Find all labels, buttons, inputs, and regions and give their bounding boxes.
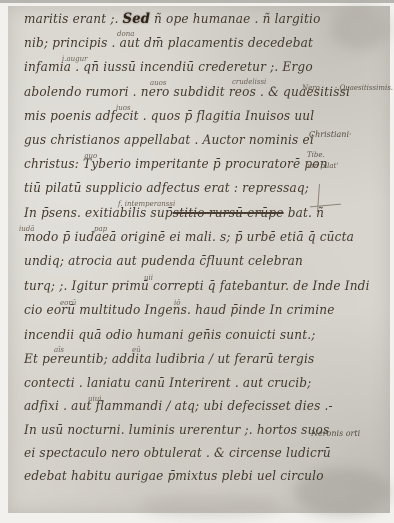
interlinear-gloss: f. intemperanssi	[118, 200, 175, 208]
text-line: gus christianos appellabat . Auctor nomi…	[24, 133, 314, 148]
margin-note-tiberius: Tibe.	[307, 151, 325, 159]
interlinear-gloss: eorū	[60, 299, 76, 307]
text-line: ei spectaculo nero obtulerat . & circens…	[24, 446, 331, 461]
interlinear-gloss: uii	[144, 274, 153, 282]
interlinear-gloss: quo	[84, 152, 97, 160]
text-line: In p̄sens. exitiabilis sup̄stitio rursū …	[24, 206, 324, 221]
interlinear-gloss: iudā	[19, 225, 34, 233]
text-segment: ñ ope humanae . ñ largitio	[150, 12, 321, 27]
manuscript-photo: maritis erant ;. Sed ñ ope humanae . ñ l…	[0, 0, 394, 523]
interlinear-gloss: dona	[117, 30, 134, 38]
paper-stain	[140, 494, 280, 518]
interlinear-gloss: uiui	[88, 395, 102, 403]
interlinear-gloss: iō	[174, 299, 180, 307]
interlinear-gloss: auos	[150, 79, 167, 87]
text-line: christus: Tyberio imperitante p̄ procura…	[24, 157, 328, 172]
margin-note-neronis-horti: Neronis orti	[311, 429, 360, 438]
text-line: undiq; atrocia aut pudenda c̄fluunt cele…	[24, 254, 303, 269]
interlinear-gloss: crudelissi	[232, 78, 266, 86]
margin-note-nero: Nero	[302, 84, 320, 92]
scan-edge	[0, 0, 394, 3]
text-line: edebat habitu aurigae p̄mixtus plebi uel…	[24, 469, 324, 484]
text-line: tiū pilatū supplicio adfectus erat : rep…	[24, 181, 309, 196]
margin-note-christiani: Christiani·	[309, 130, 352, 139]
text-line: nib; principis . aut dm̄ placamentis dec…	[24, 36, 313, 51]
text-line: mis poenis adfecit . quos p̄ flagitia In…	[24, 109, 314, 124]
interlinear-gloss: i.augur	[62, 55, 87, 63]
margin-note-quaesitissimis: · Quaesitissimis.	[335, 84, 393, 92]
text-line: In usū nocturni. luminis urerentur ;. ho…	[24, 423, 329, 438]
text-line: maritis erant ;. Sed ñ ope humanae . ñ l…	[24, 11, 321, 27]
emphasized-word: Sed	[123, 11, 150, 27]
text-segment: In p̄sens. exitiabilis sup̄	[24, 206, 173, 221]
text-segment: maritis erant ;.	[24, 12, 123, 27]
margin-note-pontius-pilatus: pon̄ pilat'	[305, 162, 338, 170]
interlinear-gloss: aīs	[54, 346, 64, 354]
text-line: adfixi . aut flammandi / atq; ubi defeci…	[24, 399, 333, 414]
struck-text: stitio rursū erūpe	[173, 206, 284, 221]
interlinear-gloss: iuos	[116, 104, 131, 112]
paper-stain	[330, 6, 390, 50]
interlinear-gloss: eū	[132, 346, 141, 354]
text-line: turq; ;. Igitur primū correpti q̄ fateba…	[24, 279, 370, 294]
interlinear-gloss: pap	[94, 225, 107, 233]
text-line: Et pereuntib; addita ludibria / ut ferar…	[24, 352, 314, 367]
text-line: incendii quā odio humani gen̄is conuicti…	[24, 328, 316, 343]
text-line: modo p̄ iudaeā originē ei mali. s; p̄ ur…	[24, 230, 354, 245]
text-line: contecti . laniatu canū Interirent . aut…	[24, 376, 311, 391]
